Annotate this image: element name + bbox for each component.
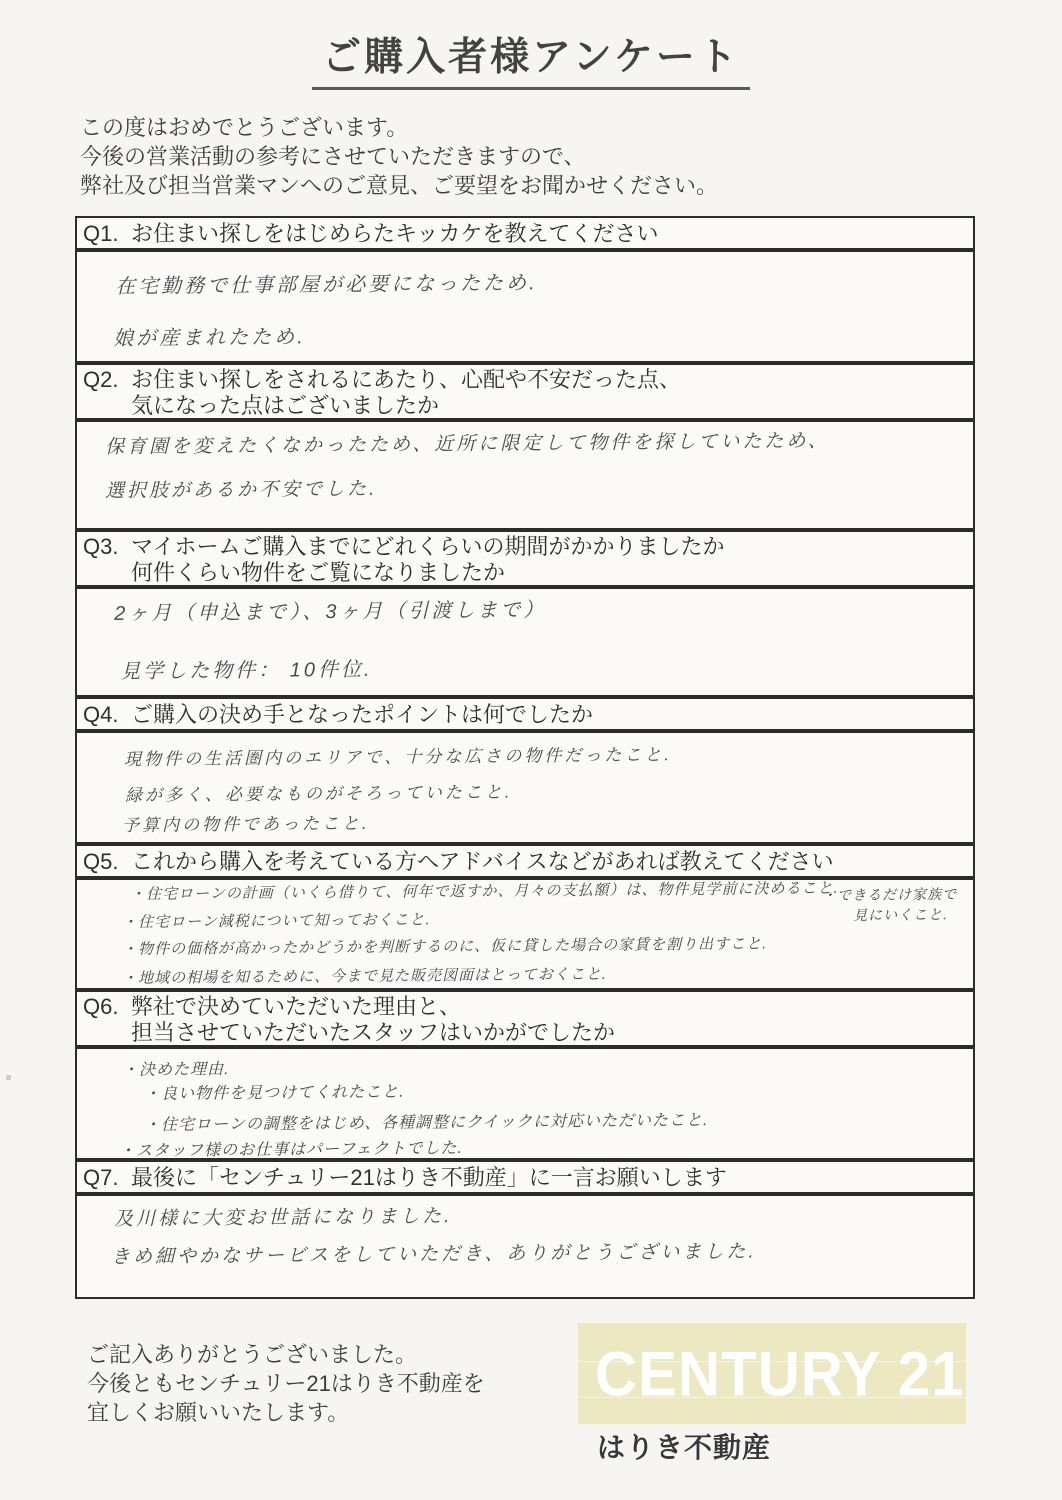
question-header-q4: Q4. ご購入の決め手となったポイントは何でしたか <box>75 697 975 731</box>
question-text: お住まい探しをされるにあたり、心配や不安だった点、 <box>131 367 969 393</box>
footer-line: 宜しくお願いいたします。 <box>87 1398 485 1427</box>
handwritten-answer: 予算内の物件であったこと. <box>122 809 370 836</box>
handwritten-answer: 保育園を変えたくなかったため、近所に限定して物件を探していたため、 <box>105 426 830 459</box>
intro-line: この度はおめでとうございます。 <box>80 113 718 142</box>
answer-area-q2: 保育園を変えたくなかったため、近所に限定して物件を探していたため、 選択肢がある… <box>75 420 975 530</box>
intro-line: 弊社及び担当営業マンへのご意見、ご要望をお聞かせください。 <box>80 171 718 200</box>
handwritten-side-note: 見にいくこと. <box>853 904 948 925</box>
handwritten-answer: ・地域の相場を知るために、今まで見た販売図面はとっておくこと. <box>122 963 607 988</box>
scan-artifact-dot <box>6 1075 11 1080</box>
survey-table: Q1. お住まい探しをはじめらたキッカケを教えてください 在宅勤務で仕事部屋が必… <box>75 216 975 1299</box>
handwritten-answer: 現物件の生活圏内のエリアで、十分な広さの物件だったこと. <box>124 740 672 770</box>
handwritten-answer: 選択肢があるか不安でした. <box>105 474 378 503</box>
answer-area-q6: ・決めた理由. ・良い物件を見つけてくれたこと. ・住宅ローンの調整をはじめ、各… <box>75 1047 975 1160</box>
handwritten-answer: きめ細やかなサービスをしていただき、ありがとうございました. <box>111 1236 757 1269</box>
question-header-q5: Q5. これから購入を考えている方へアドバイスなどがあれば教えてください <box>75 844 975 878</box>
answer-area-q1: 在宅勤務で仕事部屋が必要になったため. 娘が産まれたため. <box>75 250 975 363</box>
question-number-q7: Q7. <box>83 1165 131 1191</box>
question-number-q1: Q1. <box>83 221 131 247</box>
handwritten-side-note: ・できるだけ家族で <box>822 884 957 905</box>
question-number-q2: Q2. <box>83 367 131 393</box>
question-text: 担当させていただいたスタッフはいかがでしたか <box>131 1020 969 1046</box>
handwritten-answer: ・決めた理由. <box>122 1056 230 1080</box>
question-header-q1: Q1. お住まい探しをはじめらたキッカケを教えてください <box>75 216 975 250</box>
company-name: はりき不動産 <box>597 1426 771 1466</box>
handwritten-answer: 2ヶ月（申込まで）、3ヶ月（引渡しまで） <box>114 593 546 626</box>
handwritten-answer: 娘が産まれたため. <box>113 320 306 351</box>
question-header-q2: Q2. お住まい探しをされるにあたり、心配や不安だった点、 気になった点はござい… <box>75 363 975 420</box>
page-title-wrap: ご購入者様アンケート <box>0 26 1062 90</box>
question-text: 弊社で決めていただいた理由と、 <box>131 994 969 1020</box>
question-text: 最後に「センチュリー21はりき不動産」に一言お願いします <box>131 1165 727 1190</box>
question-number-q6: Q6. <box>83 994 131 1020</box>
handwritten-answer: 在宅勤務で仕事部屋が必要になったため. <box>115 266 538 299</box>
handwritten-answer: ・良い物件を見つけてくれたこと. <box>144 1079 405 1104</box>
handwritten-answer: ・住宅ローンの調整をはじめ、各種調整にクイックに対応いただいたこと. <box>144 1107 709 1135</box>
question-text: ご購入の決め手となったポイントは何でしたか <box>131 702 593 727</box>
intro-text: この度はおめでとうございます。 今後の営業活動の参考にさせていただきますので、 … <box>80 113 718 200</box>
handwritten-answer: ・住宅ローン減税について知っておくこと. <box>122 908 431 932</box>
question-text: 気になった点はございましたか <box>131 393 969 419</box>
footer-line: 今後ともセンチュリー21はりき不動産を <box>87 1369 485 1398</box>
question-header-q7: Q7. 最後に「センチュリー21はりき不動産」に一言お願いします <box>75 1160 975 1194</box>
answer-area-q5: ・住宅ローンの計画（いくら借りて、何年で返すか、月々の支払額）は、物件見学前に決… <box>75 878 975 990</box>
handwritten-answer: 見学した物件： 10件位. <box>120 653 373 684</box>
handwritten-answer: 緑が多く、必要なものがそろっていたこと. <box>125 778 513 806</box>
question-text: 何件くらい物件をご覧になりましたか <box>131 560 969 586</box>
intro-line: 今後の営業活動の参考にさせていただきますので、 <box>80 142 718 171</box>
page-title: ご購入者様アンケート <box>312 26 750 90</box>
answer-area-q7: 及川様に大変お世話になりました. きめ細やかなサービスをしていただき、ありがとう… <box>75 1194 975 1299</box>
century21-logo-text: CENTURY 21 <box>595 1337 965 1410</box>
question-text: マイホームご購入までにどれくらいの期間がかかりましたか <box>131 534 969 560</box>
question-header-q3: Q3. マイホームご購入までにどれくらいの期間がかかりましたか 何件くらい物件を… <box>75 530 975 587</box>
handwritten-answer: ・スタッフ様のお仕事はパーフェクトでした. <box>119 1135 463 1161</box>
question-text: お住まい探しをはじめらたキッカケを教えてください <box>131 221 659 246</box>
question-number-q5: Q5. <box>83 849 131 875</box>
century21-logo: CENTURY 21 <box>578 1323 966 1424</box>
footer-line: ご記入ありがとうございました。 <box>87 1340 485 1369</box>
answer-area-q3: 2ヶ月（申込まで）、3ヶ月（引渡しまで） 見学した物件： 10件位. <box>75 587 975 697</box>
handwritten-answer: ・住宅ローンの計画（いくら借りて、何年で返すか、月々の支払額）は、物件見学前に決… <box>130 877 839 904</box>
answer-area-q4: 現物件の生活圏内のエリアで、十分な広さの物件だったこと. 緑が多く、必要なものが… <box>75 731 975 844</box>
question-text: これから購入を考えている方へアドバイスなどがあれば教えてください <box>131 849 834 874</box>
question-header-q6: Q6. 弊社で決めていただいた理由と、 担当させていただいたスタッフはいかがでし… <box>75 990 975 1047</box>
question-number-q3: Q3. <box>83 534 131 560</box>
footer-thanks: ご記入ありがとうございました。 今後ともセンチュリー21はりき不動産を 宜しくお… <box>87 1340 485 1427</box>
handwritten-answer: ・物件の価格が高かったかどうかを判断するのに、仮に貸した場合の家賃を割り出すこと… <box>122 932 767 959</box>
handwritten-answer: 及川様に大変お世話になりました. <box>114 1201 453 1231</box>
question-number-q4: Q4. <box>83 702 131 728</box>
